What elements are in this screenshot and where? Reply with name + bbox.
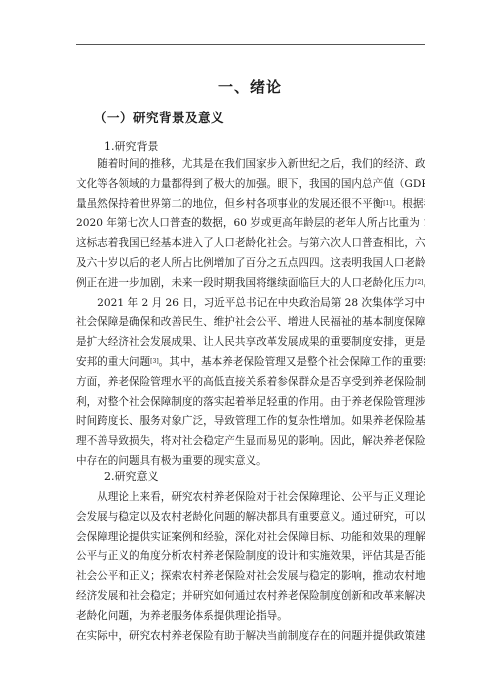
paragraph-line: 例正在进一步加剧，未来一段时期我国将继续面临巨大的人口老龄化压力[2]。 [76, 274, 425, 294]
paragraph-line: 社会保障是确保和改善民生、维护社会公平、增进人民福祉的基本制度保障，也 [76, 313, 425, 333]
paragraph-line: 这标志着我国已经基本进入了人口老龄化社会。与第六次人口普查相比，六十岁 [76, 234, 425, 254]
paragraph-line: 会发展与稳定以及农村老龄化问题的解决都具有重要意义。通过研究，可以为社 [76, 508, 425, 528]
section-title: （一）研究背景及意义 [94, 108, 224, 126]
paragraph-line: 2021 年 2 月 26 日，习近平总书记在中央政治局第 28 次集体学习中强… [76, 294, 425, 314]
paragraph-line: 在实际中，研究农村养老保险有助于解决当前制度存在的问题并提供政策建议。 [76, 627, 425, 647]
paragraph-line: 从理论上来看，研究农村养老保险对于社会保障理论、公平与正义理论、社 [76, 488, 425, 508]
paragraph-line: 理不善导致损失，将对社会稳定产生显而易见的影响。因此，解决养老保险管理 [76, 432, 425, 452]
paragraph-line: 文化等各领域的力量都得到了极大的加强。眼下，我国的国内总产值（GDP）总 [76, 175, 425, 195]
paragraph-line: 量虽然保持着世界第二的地位，但乡村各项事业的发展还很不平衡[1]。根据我国 [76, 195, 425, 215]
paragraph-line: 随着时间的推移，尤其是在我们国家步入新世纪之后，我们的经济、政治、 [76, 155, 425, 175]
paragraph-line: 经济发展和社会稳定；并研究如何通过农村养老保险制度创新和改革来解决农村 [76, 587, 425, 607]
paragraph-line: 安邦的重大问题[3]。其中，基本养老保险管理又是整个社会保障工作的重要组成 [76, 353, 425, 373]
paragraph-line: 时间跨度长、服务对象广泛，导致管理工作的复杂性增加。如果养老保险基金管 [76, 412, 425, 432]
paragraph-line: 利，对整个社会保障制度的落实起着举足轻重的作用。由于养老保险管理涉及的 [76, 393, 425, 413]
subsection-heading-significance: 2.研究意义 [104, 468, 159, 484]
document-page: 一、绪论 （一）研究背景及意义 1.研究背景 随着时间的推移，尤其是在我们国家步… [0, 0, 500, 698]
citation-reference: [1] [383, 200, 392, 207]
paragraph-line: 及六十岁以后的老人所占比例增加了百分之五点四四。这表明我国人口老龄化比 [76, 254, 425, 274]
paragraph-line: 是扩大经济社会发展成果、让人民共享改革发展成果的重要制度安排，更是治国 [76, 333, 425, 353]
paragraph-line: 公平与正义的角度分析农村养老保险制度的设计和实施效果，评估其是否能实现 [76, 547, 425, 567]
paragraph-line: 方面，养老保险管理水平的高低直接关系着参保群众是否享受到养老保险制度红 [76, 373, 425, 393]
paragraph-line: 社会公平和正义；探索农村养老保险对社会发展与稳定的影响，推动农村地区的 [76, 567, 425, 587]
subsection-heading-background: 1.研究背景 [104, 138, 159, 154]
paragraph-line: 会保障理论提供实证案例和经验，深化对社会保障目标、功能和效果的理解；从 [76, 528, 425, 548]
chapter-title: 一、绪论 [0, 76, 500, 97]
header-rule [76, 44, 425, 45]
citation-reference: [3] [150, 358, 159, 365]
citation-reference: [2] [415, 279, 424, 286]
paragraph-line: 2020 年第七次人口普查的数据，60 岁或更高年龄层的老年人所占比重为 18.… [76, 214, 425, 234]
paragraph-line: 老龄化问题，为养老服务体系提供理论指导。 [76, 607, 425, 627]
